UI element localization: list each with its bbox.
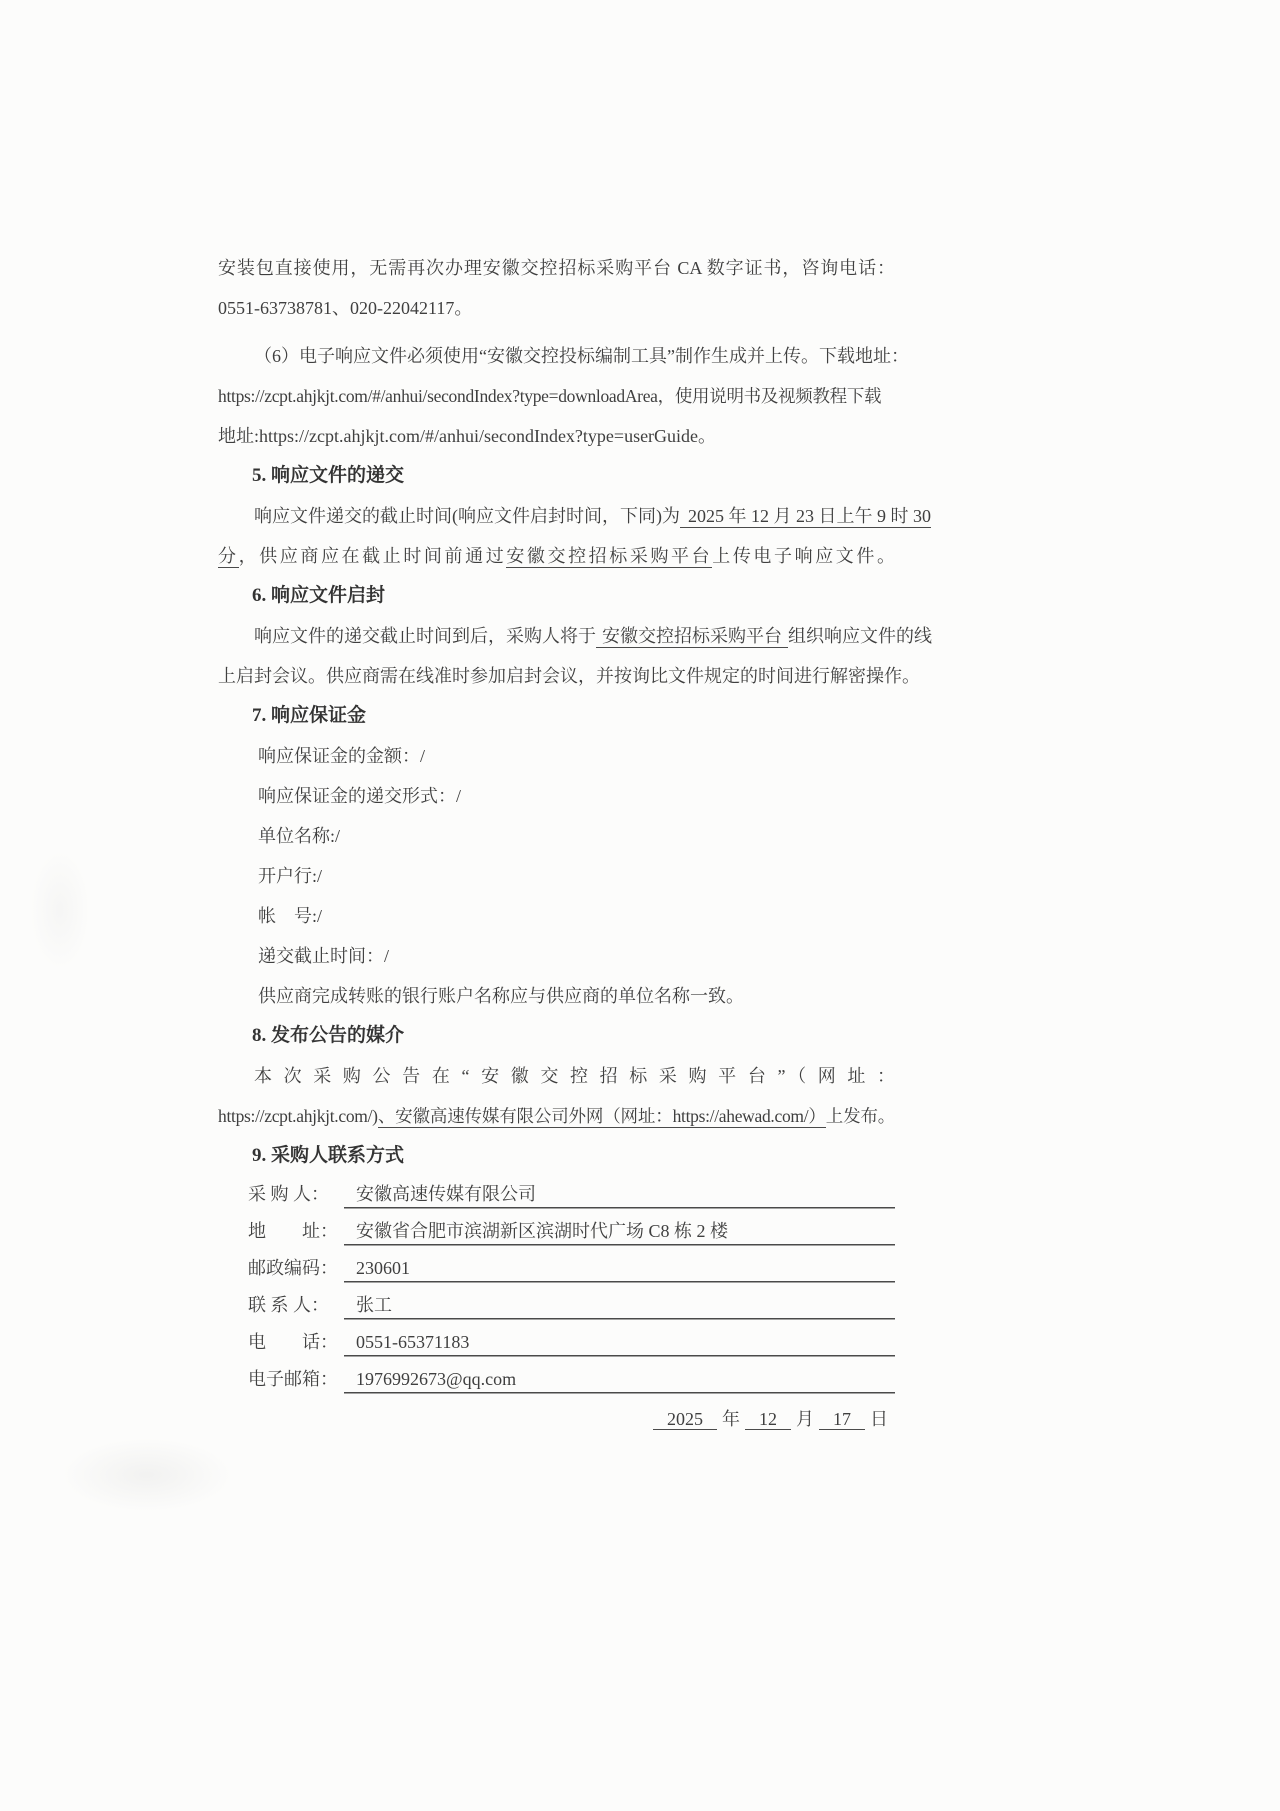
contact-value: 安徽省合肥市滨湖新区滨湖时代广场 C8 栋 2 楼 — [344, 1213, 895, 1250]
section8-line-1: 本次采购公告在“安徽交控招标采购平台”（网址： — [218, 1056, 895, 1096]
contact-value: 1976992673@qq.com — [344, 1361, 895, 1398]
section8-text-end: 上发布。 — [826, 1106, 895, 1126]
contact-label: 电子邮箱： — [248, 1361, 344, 1398]
date-year: 2025 — [653, 1409, 717, 1430]
section6-heading: 6. 响应文件启封 — [252, 576, 895, 616]
contact-label: 邮政编码： — [248, 1250, 344, 1287]
platform-name-underline: 安徽交控招标采购平台 — [506, 546, 712, 568]
contact-row-address: 地 址：安徽省合肥市滨湖新区滨湖时代广场 C8 栋 2 楼 — [248, 1213, 895, 1250]
section5-line-1: 响应文件递交的截止时间(响应文件启封时间，下同)为2025 年 12 月 23 … — [218, 496, 895, 536]
intro-line-1: 安装包直接使用，无需再次办理安徽交控招标采购平台 CA 数字证书，咨询电话： — [218, 248, 895, 288]
transfer-note-line: 供应商完成转账的银行账户名称应与供应商的单位名称一致。 — [258, 976, 895, 1016]
item6-line-1: （6）电子响应文件必须使用“安徽交控投标编制工具”制作生成并上传。下载地址： — [218, 336, 895, 376]
unit-name-line: 单位名称:/ — [258, 816, 895, 856]
media-site-underline: 、安徽高速传媒有限公司外网（网址：https://ahewad.com/） — [378, 1106, 826, 1128]
document-content: 安装包直接使用，无需再次办理安徽交控招标采购平台 CA 数字证书，咨询电话： 0… — [218, 248, 895, 1436]
contact-row-email: 电子邮箱：1976992673@qq.com — [248, 1361, 895, 1398]
account-line: 帐 号:/ — [258, 896, 895, 936]
contact-row-purchaser: 采 购 人：安徽高速传媒有限公司 — [248, 1176, 895, 1213]
section6-text-1: 响应文件的递交截止时间到后，采购人将于 — [254, 626, 596, 646]
deposit-amount-line: 响应保证金的金额：/ — [258, 736, 895, 776]
contact-row-postcode: 邮政编码：230601 — [248, 1250, 895, 1287]
contact-value: 230601 — [344, 1250, 895, 1287]
platform-url: https://zcpt.ahjkjt.com/) — [218, 1106, 378, 1126]
contact-value: 安徽高速传媒有限公司 — [344, 1176, 895, 1213]
date-day-unit: 日 — [865, 1409, 893, 1429]
date-month-unit: 月 — [791, 1409, 819, 1429]
contact-row-phone: 电 话：0551-65371183 — [248, 1324, 895, 1361]
scan-artifact — [62, 1438, 232, 1512]
date-year-unit: 年 — [717, 1409, 745, 1429]
section9-heading: 9. 采购人联系方式 — [252, 1136, 895, 1176]
deadline-underline: 2025 年 12 月 23 日上午 9 时 30 — [680, 506, 931, 528]
contact-value: 0551-65371183 — [344, 1324, 895, 1361]
section6-line-2: 上启封会议。供应商需在线准时参加启封会议，并按询比文件规定的时间进行解密操作。 — [218, 656, 895, 696]
document-page: 安装包直接使用，无需再次办理安徽交控招标采购平台 CA 数字证书，咨询电话： 0… — [0, 0, 1280, 1811]
section7-heading: 7. 响应保证金 — [252, 696, 895, 736]
section5-text-3: 上传电子响应文件。 — [712, 546, 895, 566]
date-month: 12 — [745, 1409, 791, 1430]
section5-heading: 5. 响应文件的递交 — [252, 456, 895, 496]
contact-label: 地 址： — [248, 1213, 344, 1250]
contact-value: 张工 — [344, 1287, 895, 1324]
contact-label: 联 系 人： — [248, 1287, 344, 1324]
section8-heading: 8. 发布公告的媒介 — [252, 1016, 895, 1056]
section6-line-1: 响应文件的递交截止时间到后，采购人将于安徽交控招标采购平台组织响应文件的线 — [218, 616, 895, 656]
item6-line-url-guide: 地址:https://zcpt.ahjkjt.com/#/anhui/secon… — [218, 416, 895, 456]
deposit-deadline-line: 递交截止时间：/ — [258, 936, 895, 976]
section5-text-2: ，供应商应在截止时间前通过 — [239, 546, 507, 566]
contact-label: 采 购 人： — [248, 1176, 344, 1213]
date-day: 17 — [819, 1409, 865, 1430]
date-line: 2025年12月17日 — [218, 1402, 895, 1436]
platform-name-underline: 安徽交控招标采购平台 — [596, 626, 788, 648]
contact-label: 电 话： — [248, 1324, 344, 1361]
deadline-cont-underline: 分 — [218, 546, 239, 568]
section6-text-2: 组织响应文件的线 — [788, 626, 932, 646]
item6-line-url-download: https://zcpt.ahjkjt.com/#/anhui/secondIn… — [218, 376, 895, 416]
section5-text: 响应文件递交的截止时间(响应文件启封时间，下同)为 — [254, 506, 680, 526]
section5-line-2: 分，供应商应在截止时间前通过安徽交控招标采购平台上传电子响应文件。 — [218, 536, 895, 576]
contact-row-contact-person: 联 系 人：张工 — [248, 1287, 895, 1324]
intro-line-phones: 0551-63738781、020-22042117。 — [218, 288, 895, 328]
section8-line-2: https://zcpt.ahjkjt.com/)、安徽高速传媒有限公司外网（网… — [218, 1096, 895, 1136]
scan-artifact — [30, 850, 90, 970]
bank-line: 开户行:/ — [258, 856, 895, 896]
deposit-form-line: 响应保证金的递交形式：/ — [258, 776, 895, 816]
